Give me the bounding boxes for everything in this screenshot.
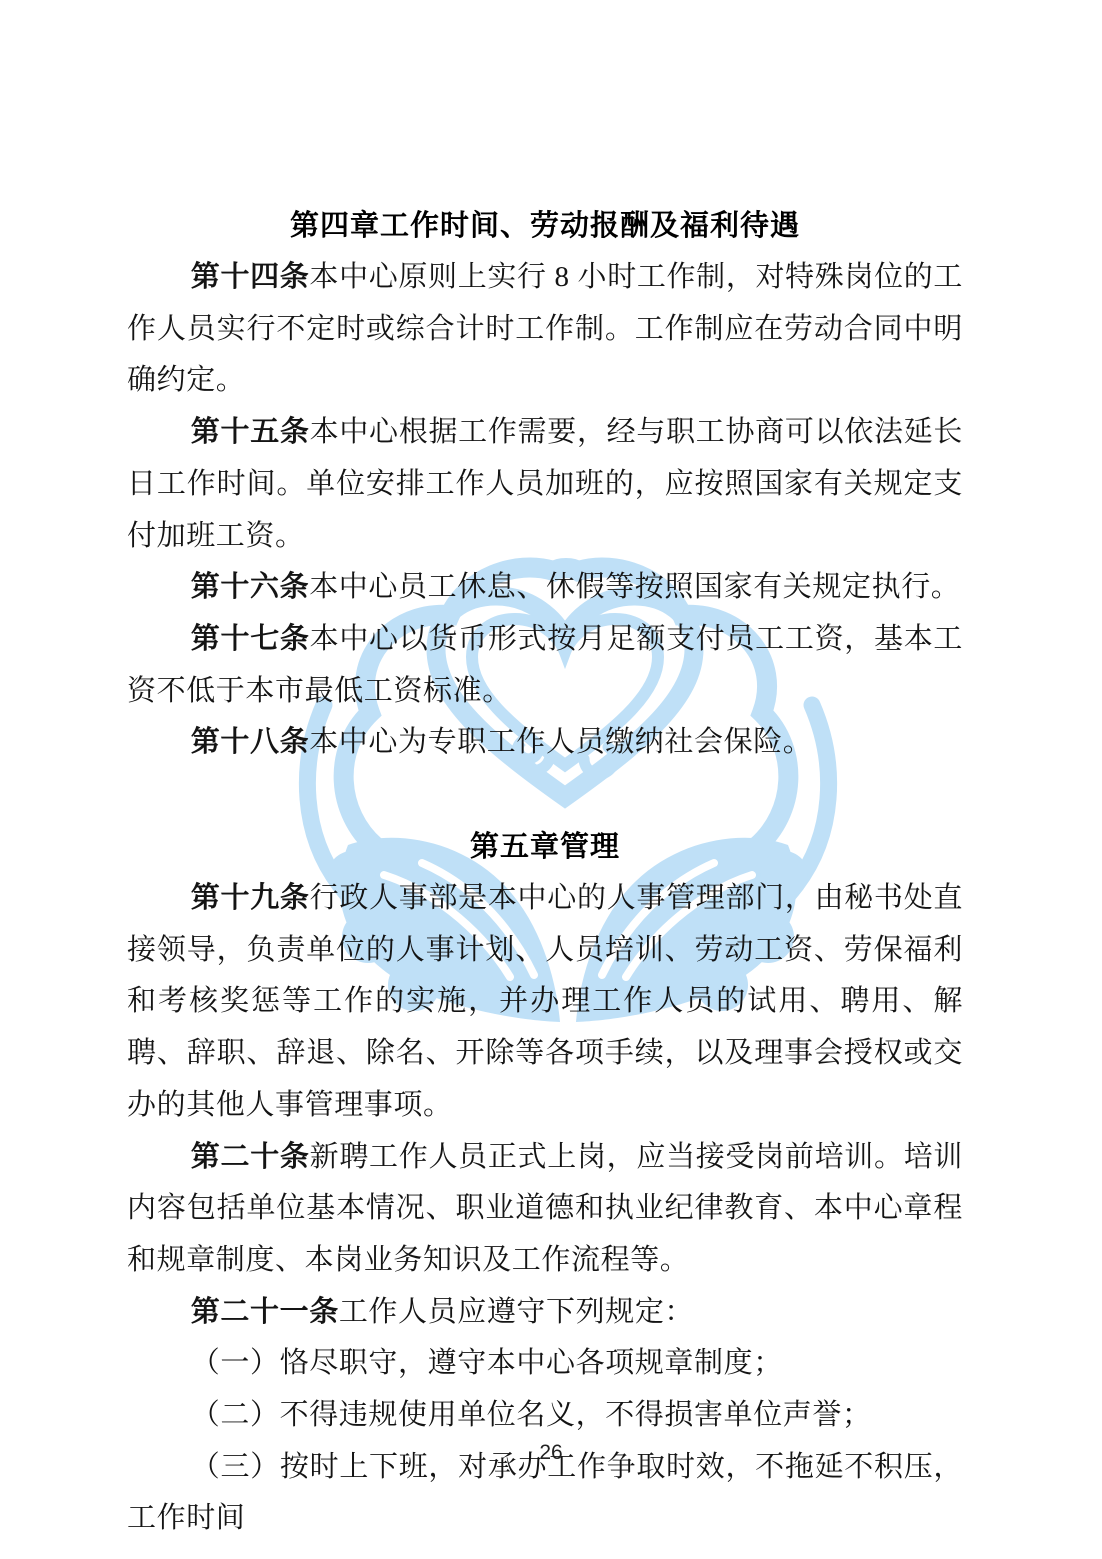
article-21-paragraph: 第二十一条工作人员应遵守下列规定： — [127, 1287, 963, 1339]
article-18-text: 本中心为专职工作人员缴纳社会保险。 — [309, 726, 812, 758]
document-body: 第四章工作时间、劳动报酬及福利待遇 第十四条本中心原则上实行 8 小时工作制，对… — [127, 200, 963, 1545]
article-20-paragraph: 第二十条新聘工作人员正式上岗，应当接受岗前培训。培训内容包括单位基本情况、职业道… — [127, 1132, 963, 1287]
article-15-paragraph: 第十五条本中心根据工作需要，经与职工协商可以依法延长日工作时间。单位安排工作人员… — [127, 407, 963, 562]
page-number: 26 — [539, 1441, 562, 1464]
article-16-text: 本中心员工休息、休假等按照国家有关规定执行。 — [309, 571, 960, 603]
chapter5-title: 第五章管理 — [127, 821, 963, 873]
article-19-text: 行政人事部是本中心的人事管理部门，由秘书处直接领导，负责单位的人事计划、人员培训… — [127, 882, 963, 1121]
article-18-paragraph: 第十八条本中心为专职工作人员缴纳社会保险。 — [127, 717, 963, 769]
document-page: 第四章工作时间、劳动报酬及福利待遇 第十四条本中心原则上实行 8 小时工作制，对… — [0, 0, 1102, 1559]
article-17-paragraph: 第十七条本中心以货币形式按月足额支付员工工资，基本工资不低于本市最低工资标准。 — [127, 614, 963, 717]
article-14-number: 第十四条 — [191, 261, 310, 293]
article-17-number: 第十七条 — [191, 623, 310, 655]
article-16-number: 第十六条 — [191, 571, 309, 603]
article-21-text: 工作人员应遵守下列规定： — [339, 1296, 694, 1328]
article-19-number: 第十九条 — [191, 882, 310, 914]
article-21-number: 第二十一条 — [191, 1296, 339, 1328]
article-20-number: 第二十条 — [191, 1141, 310, 1173]
list-item-2: （二）不得违规使用单位名义，不得损害单位声誉； — [127, 1390, 963, 1442]
article-15-number: 第十五条 — [191, 416, 310, 448]
article-18-number: 第十八条 — [191, 726, 309, 758]
page-footer: 26 — [0, 1441, 1102, 1465]
article-16-paragraph: 第十六条本中心员工休息、休假等按照国家有关规定执行。 — [127, 562, 963, 614]
chapter4-title: 第四章工作时间、劳动报酬及福利待遇 — [127, 200, 963, 252]
article-19-paragraph: 第十九条行政人事部是本中心的人事管理部门，由秘书处直接领导，负责单位的人事计划、… — [127, 873, 963, 1132]
article-14-paragraph: 第十四条本中心原则上实行 8 小时工作制，对特殊岗位的工作人员实行不定时或综合计… — [127, 252, 963, 407]
list-item-1: （一）恪尽职守，遵守本中心各项规章制度； — [127, 1338, 963, 1390]
